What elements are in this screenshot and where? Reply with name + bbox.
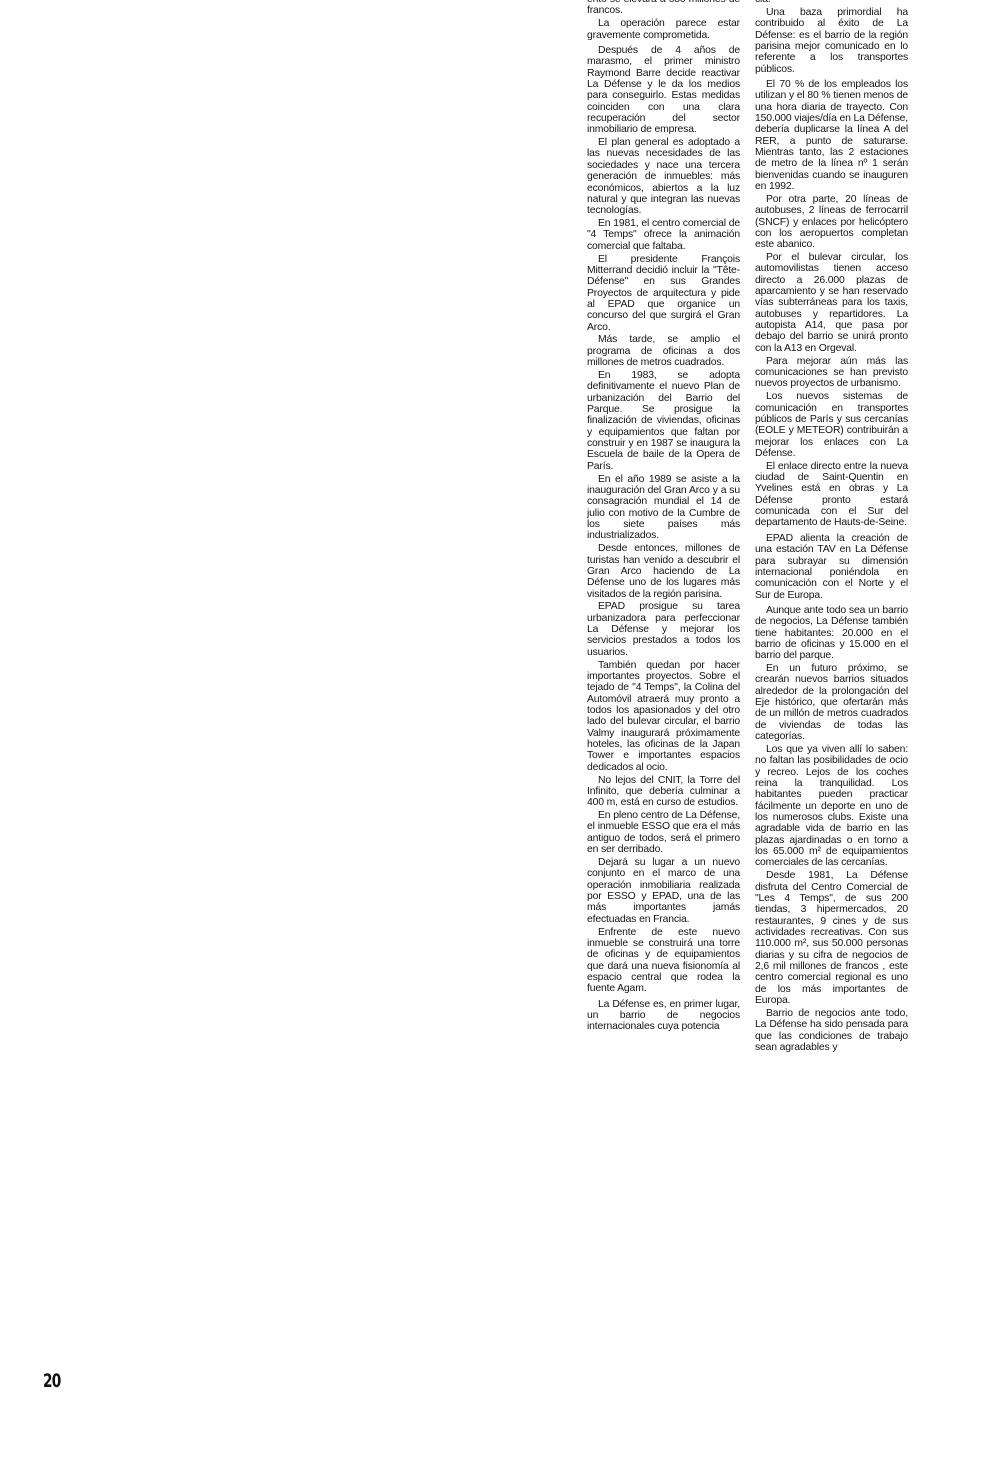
paragraph: Una baza primordial ha contribuido al éx…	[755, 7, 908, 75]
paragraph: La Défense es, en primer lugar, un barri…	[587, 999, 740, 1033]
paragraph: Los nuevos sistemas de comunicación en t…	[755, 391, 908, 459]
paragraph: No lejos del CNIT, la Torre del Infinito…	[587, 775, 740, 809]
paragraph: Para mejorar aún más las comunicaciones …	[755, 356, 908, 390]
paragraph: El presidente François Mitterrand decidi…	[587, 254, 740, 333]
paragraph: Enfrente de este nuevo inmueble se const…	[587, 927, 740, 995]
paragraph: En pleno centro de La Défense, el inmueb…	[587, 810, 740, 855]
paragraph: El 70 % de los empleados los utilizan y …	[755, 79, 908, 192]
paragraph: EPAD prosigue su tarea urbanizadora para…	[587, 601, 740, 658]
paragraph: La operación parece estar gravemente com…	[587, 18, 740, 41]
paragraph: En 1981, el centro comercial de "4 Temps…	[587, 218, 740, 252]
paragraph: El plan general es adoptado a las nuevas…	[587, 137, 740, 216]
text-column-left: ento se elevará a 680 millones de franco…	[587, 0, 740, 1034]
text-column-right: cia. Una baza primordial ha contribuido …	[755, 0, 908, 1055]
paragraph: Desde 1981, La Défense disfruta del Cent…	[755, 870, 908, 1006]
paragraph: Por el bulevar circular, los automovilis…	[755, 252, 908, 354]
paragraph: El enlace directo entre la nueva ciudad …	[755, 461, 908, 529]
paragraph: En el año 1989 se asiste a la inauguraci…	[587, 474, 740, 542]
paragraph: En un futuro próximo, se crearán nuevos …	[755, 663, 908, 742]
paragraph: En 1983, se adopta definitivamente el nu…	[587, 370, 740, 472]
page-number: 20	[43, 1370, 61, 1392]
paragraph: También quedan por hacer importantes pro…	[587, 660, 740, 773]
paragraph: Después de 4 años de marasmo, el primer …	[587, 45, 740, 136]
paragraph: Dejará su lugar a un nuevo conjunto en e…	[587, 857, 740, 925]
paragraph: Desde entonces, millones de turistas han…	[587, 543, 740, 600]
paragraph: Barrio de negocios ante todo, La Défense…	[755, 1008, 908, 1053]
paragraph: ento se elevará a 680 millones de franco…	[587, 0, 740, 17]
paragraph: Más tarde, se amplio el programa de ofic…	[587, 334, 740, 368]
paragraph: cia.	[755, 0, 908, 5]
paragraph: EPAD alienta la creación de una estación…	[755, 533, 908, 601]
paragraph: Por otra parte, 20 líneas de autobuses, …	[755, 194, 908, 251]
paragraph: Los que ya viven allí lo saben: no falta…	[755, 744, 908, 869]
paragraph: Aunque ante todo sea un barrio de negoci…	[755, 605, 908, 662]
